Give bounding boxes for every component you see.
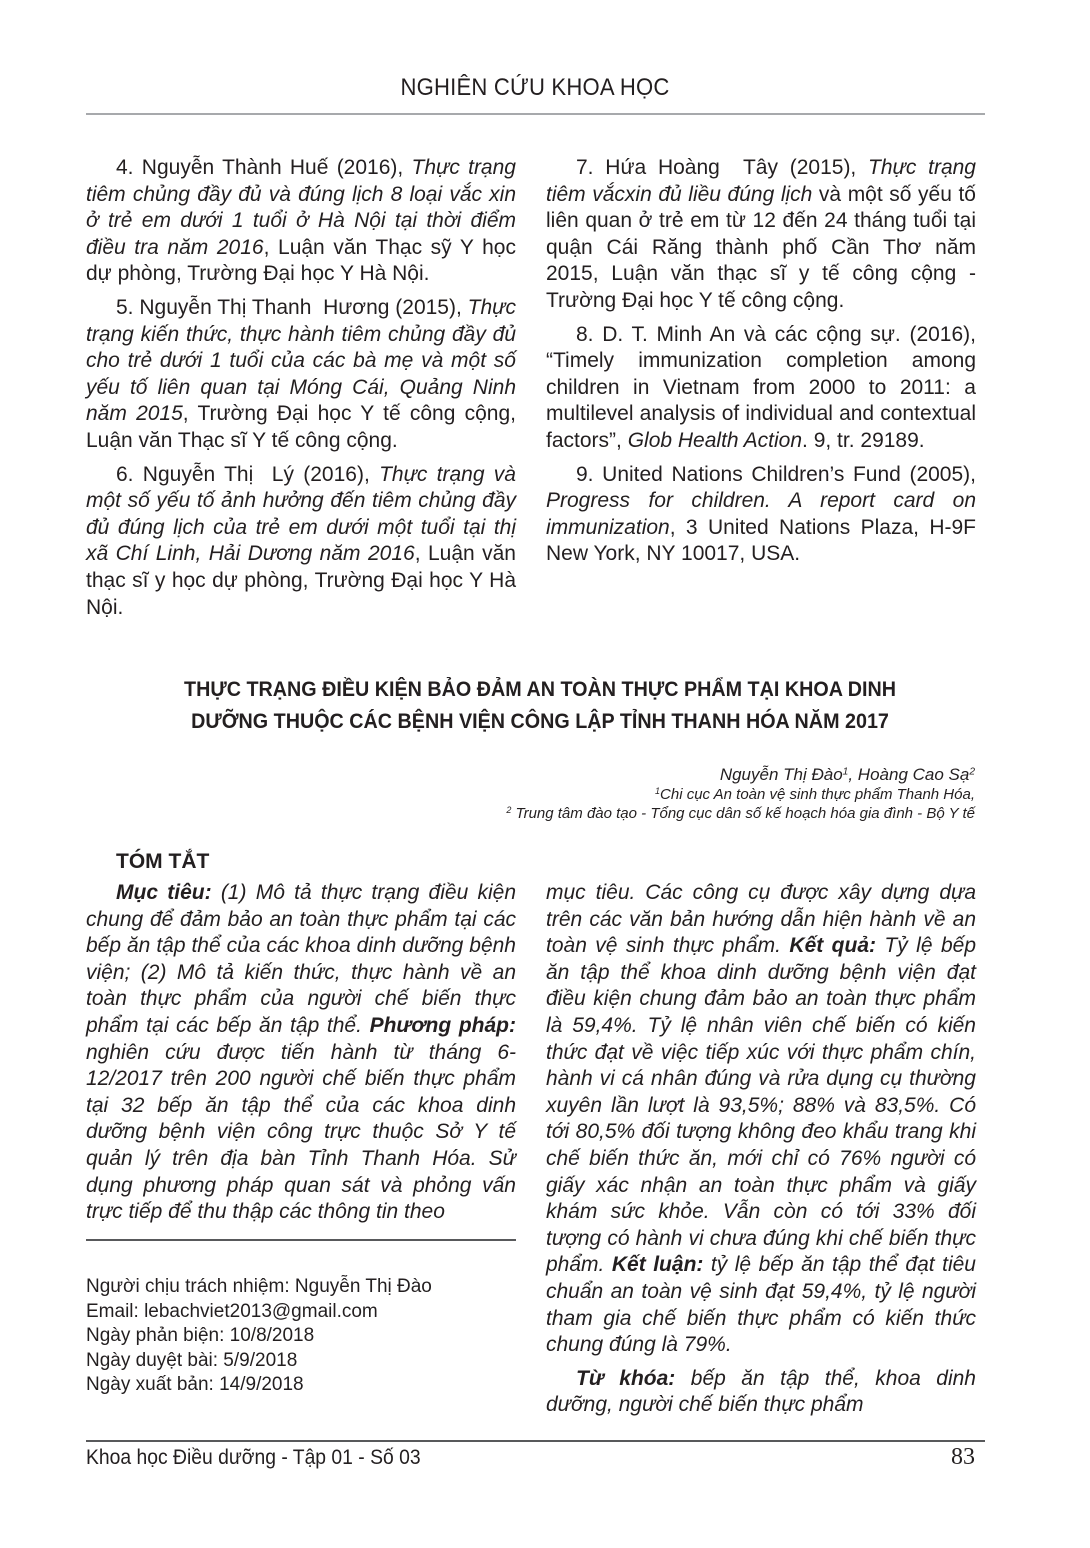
- correspondence-block: Người chịu trách nhiệm: Nguyễn Thị Đào E…: [86, 1275, 432, 1398]
- reference-author: Hứa Hoàng Tây (2015),: [605, 156, 856, 179]
- footer-rule: [86, 1440, 985, 1442]
- objective-label: Mục tiêu:: [116, 881, 212, 904]
- reference-item: 9. United Nations Children’s Fund (2005)…: [546, 462, 976, 568]
- approval-date: Ngày duyệt bài: 5/9/2018: [86, 1349, 432, 1374]
- reference-author: Nguyễn Thị Lý (2016),: [143, 463, 370, 486]
- reference-item: 4. Nguyễn Thành Huế (2016), Thực trạng t…: [86, 155, 516, 288]
- keywords: Từ khóa: bếp ăn tập thể, khoa dinh dưỡng…: [546, 1366, 976, 1419]
- reference-author: Nguyễn Thành Huế (2016),: [142, 156, 403, 179]
- result-label: Kết quả:: [789, 934, 876, 957]
- reference-item: 7. Hứa Hoàng Tây (2015), Thực trạng tiêm…: [546, 155, 976, 315]
- reference-number: 5.: [116, 296, 134, 319]
- reference-author: United Nations Children’s Fund (2005),: [602, 463, 976, 486]
- reference-item: 6. Nguyễn Thị Lý (2016), Thực trạng và m…: [86, 462, 516, 622]
- references-right-column: 7. Hứa Hoàng Tây (2015), Thực trạng tiêm…: [546, 155, 976, 575]
- result-text: Tỷ lệ bếp ăn tập thể khoa dinh dưỡng bện…: [546, 934, 976, 1276]
- affiliation-text: Trung tâm đào tạo - Tổng cục dân số kế h…: [511, 805, 975, 822]
- affiliation-text: Chi cục An toàn vệ sinh thực phẩm Thanh …: [660, 786, 975, 803]
- reference-title: Glob Health Action: [628, 429, 802, 452]
- responsible-author: Người chịu trách nhiệm: Nguyễn Thị Đào: [86, 1275, 432, 1300]
- reference-number: 7.: [576, 156, 594, 179]
- method-label: Phương pháp:: [370, 1014, 516, 1037]
- author-block: Nguyễn Thị Đào1, Hoàng Cao Sạ2 1Chi cục …: [506, 764, 975, 823]
- affiliation-1: 1Chi cục An toàn vệ sinh thực phẩm Thanh…: [506, 785, 975, 804]
- page-number: 83: [951, 1444, 975, 1471]
- contact-email: Email: lebachviet2013@gmail.com: [86, 1300, 432, 1325]
- reference-number: 8.: [576, 323, 594, 346]
- publish-date: Ngày xuất bản: 14/9/2018: [86, 1373, 432, 1398]
- author-names: Nguyễn Thị Đào1, Hoàng Cao Sạ2: [506, 764, 975, 785]
- reference-item: 5. Nguyễn Thị Thanh Hương (2015), Thực t…: [86, 295, 516, 455]
- references-left-column: 4. Nguyễn Thành Huế (2016), Thực trạng t…: [86, 155, 516, 628]
- reference-number: 6.: [116, 463, 134, 486]
- article-title-line-1: THỰC TRẠNG ĐIỀU KIỆN BẢO ĐẢM AN TOÀN THỰ…: [126, 674, 953, 706]
- abstract-left-column: Mục tiêu: (1) Mô tả thực trạng điều kiện…: [86, 880, 516, 1226]
- article-title: THỰC TRẠNG ĐIỀU KIỆN BẢO ĐẢM AN TOÀN THỰ…: [126, 674, 953, 738]
- review-date: Ngày phản biện: 10/8/2018: [86, 1324, 432, 1349]
- author-affiliation-marker: 2: [969, 766, 975, 777]
- reference-author: Nguyễn Thị Thanh Hương (2015),: [139, 296, 461, 319]
- conclusion-label: Kết luận:: [612, 1253, 704, 1276]
- author-separator: ,: [848, 765, 857, 784]
- header-rule: [86, 113, 985, 115]
- article-title-line-2: DƯỠNG THUỘC CÁC BỆNH VIỆN CÔNG LẬP TỈNH …: [126, 706, 953, 738]
- affiliation-2: 2 Trung tâm đào tạo - Tổng cục dân số kế…: [506, 804, 975, 823]
- footnote-rule: [86, 1239, 516, 1241]
- journal-name: Khoa học Điều dưỡng - Tập 01 - Số 03: [86, 1446, 421, 1470]
- method-text: nghiên cứu được tiến hành từ tháng 6-12/…: [86, 1041, 516, 1224]
- abstract-paragraph-continued: mục tiêu. Các công cụ được xây dựng dựa …: [546, 880, 976, 1359]
- reference-number: 9.: [576, 463, 594, 486]
- abstract-paragraph: Mục tiêu: (1) Mô tả thực trạng điều kiện…: [86, 880, 516, 1226]
- reference-number: 4.: [116, 156, 134, 179]
- abstract-heading: TÓM TẮT: [116, 850, 209, 874]
- reference-source: . 9, tr. 29189.: [802, 429, 925, 452]
- reference-item: 8. D. T. Minh An và các cộng sự. (2016),…: [546, 322, 976, 455]
- author-name: Hoàng Cao Sạ: [858, 765, 970, 784]
- running-header: NGHIÊN CỨU KHOA HỌC: [122, 74, 948, 102]
- keywords-label: Từ khóa:: [576, 1367, 675, 1390]
- author-name: Nguyễn Thị Đào: [720, 765, 843, 784]
- abstract-right-column: mục tiêu. Các công cụ được xây dựng dựa …: [546, 880, 976, 1419]
